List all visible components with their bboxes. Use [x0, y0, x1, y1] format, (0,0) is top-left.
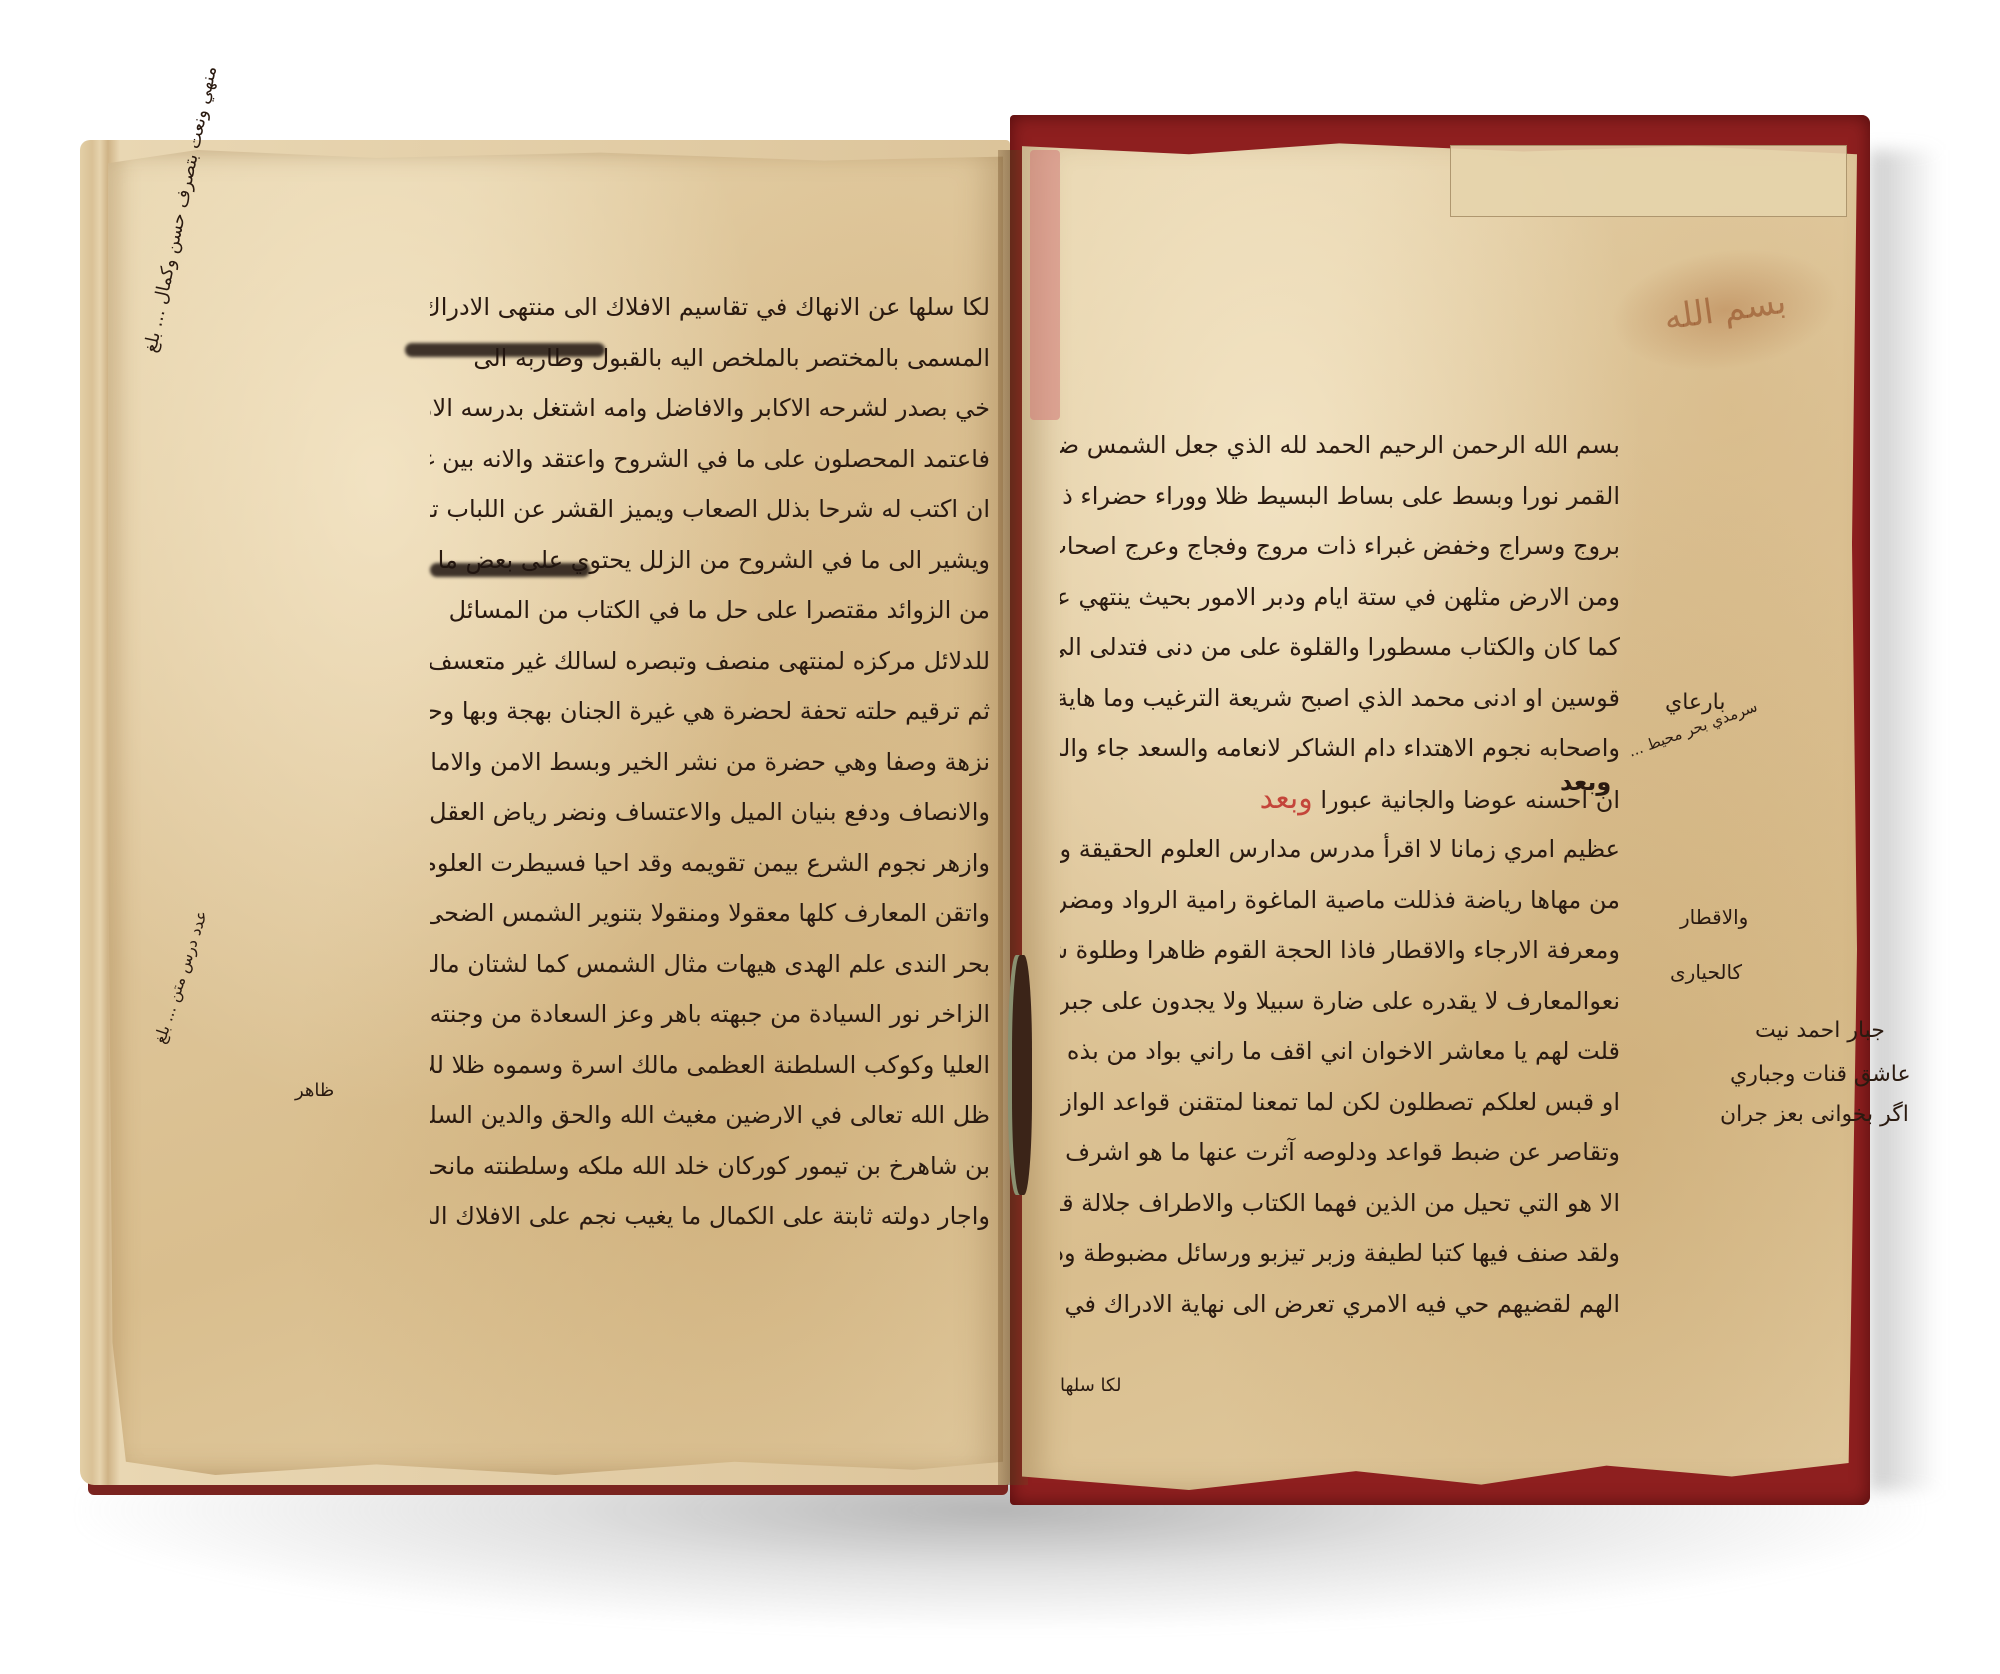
text-line: الا هو التي تحيل من الذين فهما الكتاب وا…: [1060, 1178, 1620, 1229]
paper-repair-patch: [1450, 145, 1847, 217]
text-line: ومن الارض مثلهن في ستة ايام ودبر الامور …: [1060, 572, 1620, 623]
pink-stain: [1030, 150, 1060, 420]
manuscript-photo: لكا سلها عن الانهاك في تقاسيم الافلاك ال…: [0, 0, 2000, 1674]
text-line: واتقن المعارف كلها معقولا ومنقولا بتنوير…: [430, 888, 990, 939]
text-line-with-rubric: ان احسنه عوضا والجانية عبورا وبعد: [1060, 774, 1620, 825]
right-margin-verse: اگر بخوانی بعز جران: [1720, 1102, 1909, 1127]
text-line: وازهر نجوم الشرع بيمن تقويمه وقد احيا فس…: [430, 838, 990, 889]
text-line: بسم الله الرحمن الرحيم الحمد لله الذي جع…: [1060, 420, 1620, 471]
text-line: القمر نورا وبسط على بساط البسيط ظلا وورا…: [1060, 471, 1620, 522]
text-line: عظيم امري زمانا لا اقرأ مدرس مدارس العلو…: [1060, 824, 1620, 875]
right-margin-verse: جبار احمد نيت: [1755, 1018, 1885, 1043]
text-line: العليا وكوكب السلطنة العظمى مالك اسرة وس…: [430, 1040, 990, 1091]
right-margin-note: والاقطار: [1680, 905, 1748, 929]
side-shadow: [1870, 150, 1940, 1490]
text-line: نزهة وصفا وهي حضرة من نشر الخير وبسط الا…: [430, 737, 990, 788]
text-line: واجار دولته ثابتة على الكمال ما يغيب نجم…: [430, 1191, 990, 1242]
ink-strike-out: [430, 563, 590, 577]
right-page-text: بسم الله الرحمن الرحيم الحمد لله الذي جع…: [1060, 420, 1620, 1329]
text-line: المسمى بالمختصر بالملخص اليه بالقبول وطا…: [430, 333, 990, 384]
text-line: ويشير الى ما في الشروح من الزلل يحتوي عل…: [430, 535, 990, 586]
gutter-tear: [1012, 955, 1032, 1195]
left-page-text: لكا سلها عن الانهاك في تقاسيم الافلاك ال…: [430, 282, 990, 1242]
right-margin-note-bold: وبعد: [1560, 768, 1611, 796]
text-line: ثم ترقيم حلته تحفة لحضرة هي غيرة الجنان …: [430, 686, 990, 737]
ink-strike-out: [405, 343, 605, 357]
text-line: لكا سلها عن الانهاك في تقاسيم الافلاك ال…: [430, 282, 990, 333]
text-line: للدلائل مركزه لمنتهى منصف وتبصره لسالك غ…: [430, 636, 990, 687]
text-line: بحر الندى علم الهدى هيهات مثال الشمس كما…: [430, 939, 990, 990]
text-line: الهم لقضيهم حي فيه الامري تعرض الى نهاية…: [1060, 1279, 1620, 1330]
text-line: فاعتمد المحصلون على ما في الشروح واعتقد …: [430, 434, 990, 485]
text-line: كما كان والكتاب مسطورا والقلوة على من دن…: [1060, 622, 1620, 673]
text-line: بن شاهرخ بن تيمور كوركان خلد الله ملكه و…: [430, 1141, 990, 1192]
left-margin-note-small: ظاهر: [295, 1080, 334, 1101]
text-line: ومعرفة الارجاء والاقطار فاذا الحجة القوم…: [1060, 925, 1620, 976]
right-margin-verse: عاشق قنات وجباري: [1730, 1062, 1911, 1087]
text-line: من الزوائد مقتصرا على حل ما في الكتاب من…: [430, 585, 990, 636]
text-line: قوسين او ادنى محمد الذي اصبح شريعة الترغ…: [1060, 673, 1620, 724]
rubric-word: وبعد: [1260, 781, 1313, 816]
text-line: ولقد صنف فيها كتبا لطيفة وزبر تيزبو ورسا…: [1060, 1228, 1620, 1279]
text-line: ظل الله تعالى في الارضين مغيث الله والحق…: [430, 1090, 990, 1141]
text-line: وتقاصر عن ضبط قواعد ودلوصه آثرت عنها ما …: [1060, 1127, 1620, 1178]
right-margin-note: كالحيارى: [1670, 960, 1742, 984]
text-line: قلت لهم يا معاشر الاخوان اني اقف ما راني…: [1060, 1026, 1620, 1077]
text-line: والانصاف ودفع بنيان الميل والاعتساف ونضر…: [430, 787, 990, 838]
text-line: من مهاها رياضة فذللت ماصية الماغوة رامية…: [1060, 875, 1620, 926]
text-line: خي بصدر لشرحه الاكابر والافاضل وامه اشتغ…: [430, 383, 990, 434]
text-line: واصحابه نجوم الاهتداء دام الشاكر لانعامه…: [1060, 723, 1620, 774]
text-line: الزاخر نور السيادة من جبهته باهر وعز الس…: [430, 989, 990, 1040]
catchword: لكا سلها: [1060, 1375, 1121, 1396]
text-line: نعوالمعارف لا يقدره على ضارة سبيلا ولا ي…: [1060, 976, 1620, 1027]
text-line: ان اكتب له شرحا بذلل الصعاب ويميز القشر …: [430, 484, 990, 535]
text-line: بروج وسراج وخفض غبراء ذات مروج وفجاج وعر…: [1060, 521, 1620, 572]
text-line: او قبس لعلكم تصطلون لكن لما تمعنا لمتقنن…: [1060, 1077, 1620, 1128]
